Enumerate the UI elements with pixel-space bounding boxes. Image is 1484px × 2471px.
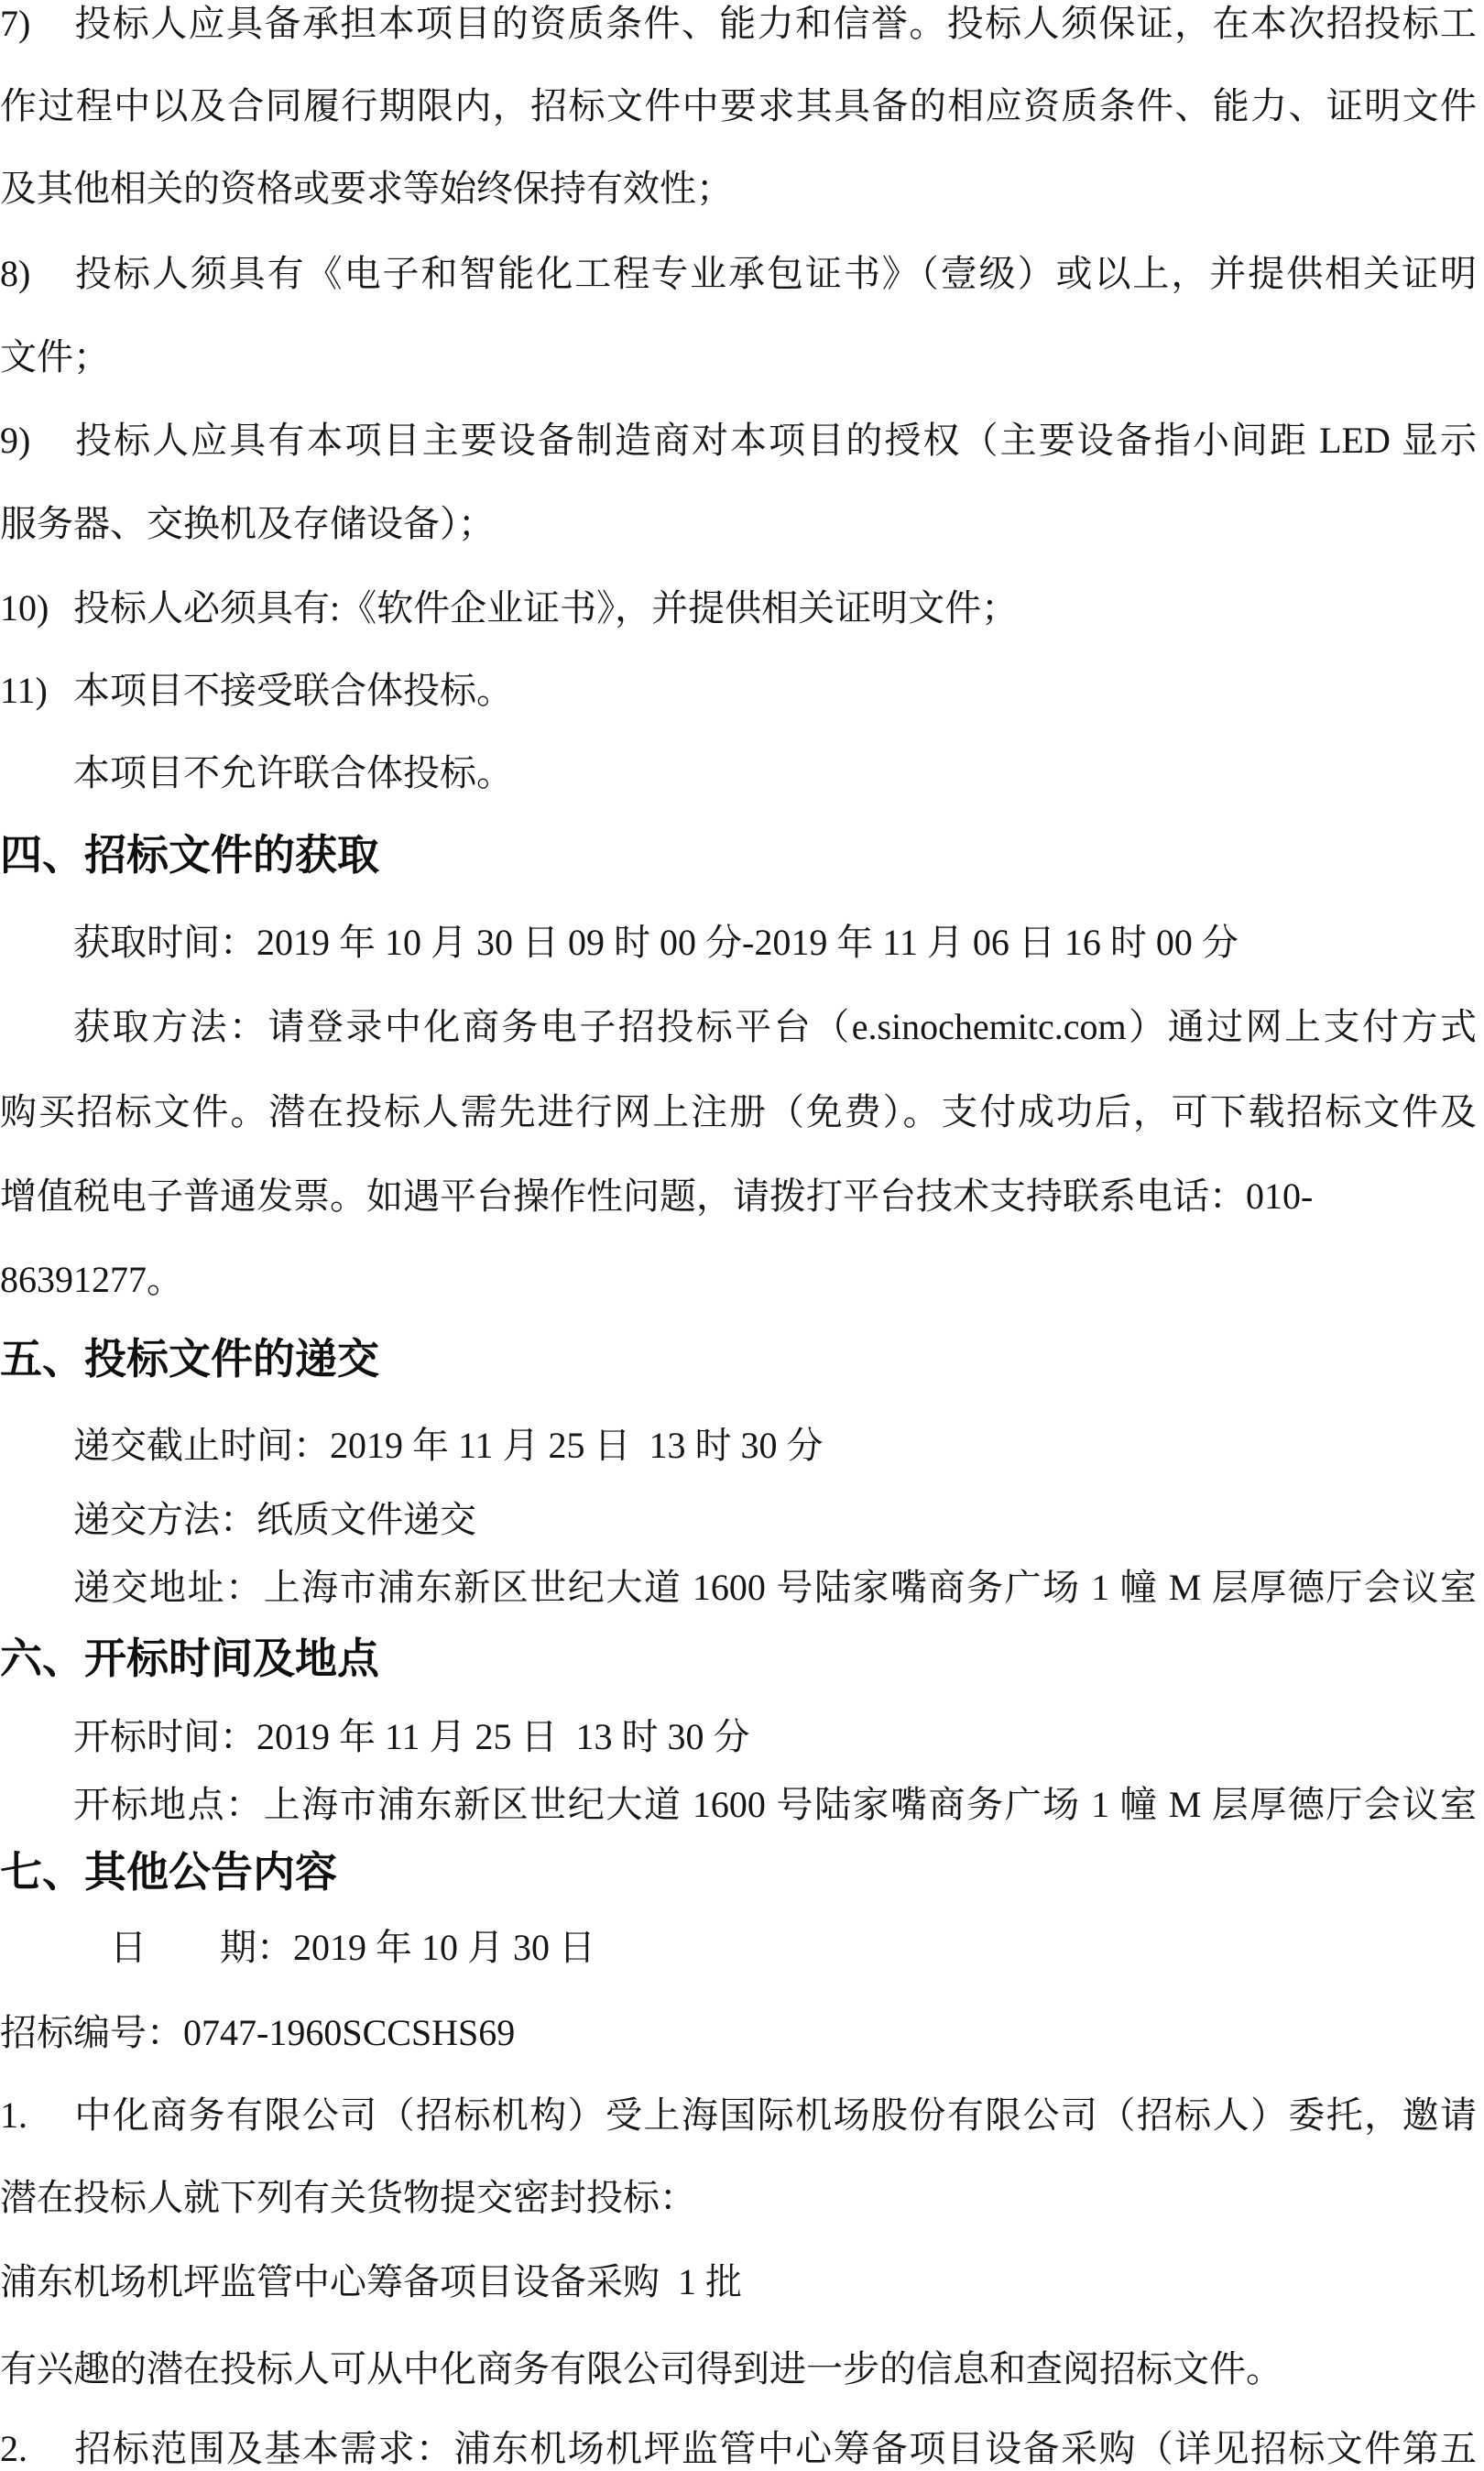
field-tender-number: 招标编号：0747-1960SCCSHS69 <box>0 2011 1477 2055</box>
item-8-line-1: 8)投标人须具有《电子和智能化工程专业承包证书》（壹级）或以上，并提供相关证明 <box>0 252 1477 296</box>
item-number: 9) <box>0 419 73 463</box>
field-obtain-method-line-3: 增值税电子普通发票。如遇平台操作性问题，请拨打平台技术支持联系电话：010- <box>0 1175 1477 1219</box>
item-number: 10) <box>0 586 73 630</box>
item-text: 投标人应具备承担本项目的资质条件、能力和信誉。投标人须保证，在本次招投标工 <box>73 3 1477 44</box>
item-number: 2. <box>0 2427 73 2471</box>
item-text: 投标人须具有《电子和智能化工程专业承包证书》（壹级）或以上，并提供相关证明 <box>73 253 1477 294</box>
item-7-line-3: 及其他相关的资格或要求等始终保持有效性； <box>0 167 1477 211</box>
field-obtain-method-line-1: 获取方法：请登录中化商务电子招投标平台（e.sinochemitc.com）通过… <box>73 1005 1477 1049</box>
item-number: 7) <box>0 2 73 46</box>
item-2-line-1: 2.招标范围及基本需求：浦东机场机坪监管中心筹备项目设备采购（详见招标文件第五 <box>0 2427 1477 2471</box>
line-procurement-item: 浦东机场机坪监管中心筹备项目设备采购 1 批 <box>0 2260 1477 2304</box>
item-1-line-1: 1.中化商务有限公司（招标机构）受上海国际机场股份有限公司（招标人）委托，邀请 <box>0 2094 1477 2138</box>
item-10: 10)投标人必须具有:《软件企业证书》，并提供相关证明文件； <box>0 586 1477 630</box>
field-bid-opening-address: 开标地点：上海市浦东新区世纪大道 1600 号陆家嘴商务广场 1 幢 M 层厚德… <box>73 1783 1477 1827</box>
item-1-line-2: 潜在投标人就下列有关货物提交密封投标： <box>0 2176 1477 2220</box>
item-text: 招标范围及基本需求：浦东机场机坪监管中心筹备项目设备采购（详见招标文件第五 <box>73 2428 1477 2469</box>
item-text: 中化商务有限公司（招标机构）受上海国际机场股份有限公司（招标人）委托，邀请 <box>73 2094 1477 2136</box>
field-obtain-method-line-4: 86391277。 <box>0 1258 1477 1302</box>
section-5-heading: 五、投标文件的递交 <box>0 1333 1477 1384</box>
item-text: 本项目不接受联合体投标。 <box>73 670 513 711</box>
field-date: 日 期：2019 年 10 月 30 日 <box>110 1926 1477 1970</box>
item-number: 1. <box>0 2094 73 2138</box>
item-text: 投标人必须具有:《软件企业证书》，并提供相关证明文件； <box>73 587 1018 629</box>
item-number: 11) <box>0 669 73 713</box>
item-11: 11)本项目不接受联合体投标。 <box>0 669 1477 713</box>
item-8-line-2: 文件； <box>0 335 1477 379</box>
document-page: 7)投标人应具备承担本项目的资质条件、能力和信誉。投标人须保证，在本次招投标工 … <box>0 0 1484 2471</box>
item-9-line-1: 9)投标人应具有本项目主要设备制造商对本项目的授权（主要设备指小间距 LED 显… <box>0 419 1477 463</box>
field-obtain-time: 获取时间：2019 年 10 月 30 日 09 时 00 分-2019 年 1… <box>73 921 1477 965</box>
section-7-heading: 七、其他公告内容 <box>0 1846 1477 1897</box>
line-further-info: 有兴趣的潜在投标人可从中化商务有限公司得到进一步的信息和查阅招标文件。 <box>0 2347 1477 2391</box>
section-6-heading: 六、开标时间及地点 <box>0 1633 1477 1684</box>
field-obtain-method-line-2: 购买招标文件。潜在投标人需先进行网上注册（免费）。支付成功后，可下载招标文件及 <box>0 1090 1477 1134</box>
item-9-line-2: 服务器、交换机及存储设备）； <box>0 502 1477 546</box>
item-number: 8) <box>0 252 73 296</box>
section-4-heading: 四、招标文件的获取 <box>0 829 1477 880</box>
field-submit-method: 递交方法：纸质文件递交 <box>73 1498 1477 1542</box>
field-submit-address: 递交地址：上海市浦东新区世纪大道 1600 号陆家嘴商务广场 1 幢 M 层厚德… <box>73 1566 1477 1610</box>
item-7-line-2: 作过程中以及合同履行期限内，招标文件中要求其具备的相应资质条件、能力、证明文件 <box>0 84 1477 128</box>
item-11-note: 本项目不允许联合体投标。 <box>73 751 1477 795</box>
item-7-line-1: 7)投标人应具备承担本项目的资质条件、能力和信誉。投标人须保证，在本次招投标工 <box>0 2 1477 46</box>
field-submit-deadline: 递交截止时间：2019 年 11 月 25 日 13 时 30 分 <box>73 1424 1477 1468</box>
item-text: 投标人应具有本项目主要设备制造商对本项目的授权（主要设备指小间距 LED 显示屏… <box>0 420 1477 463</box>
field-bid-opening-time: 开标时间：2019 年 11 月 25 日 13 时 30 分 <box>73 1715 1477 1759</box>
